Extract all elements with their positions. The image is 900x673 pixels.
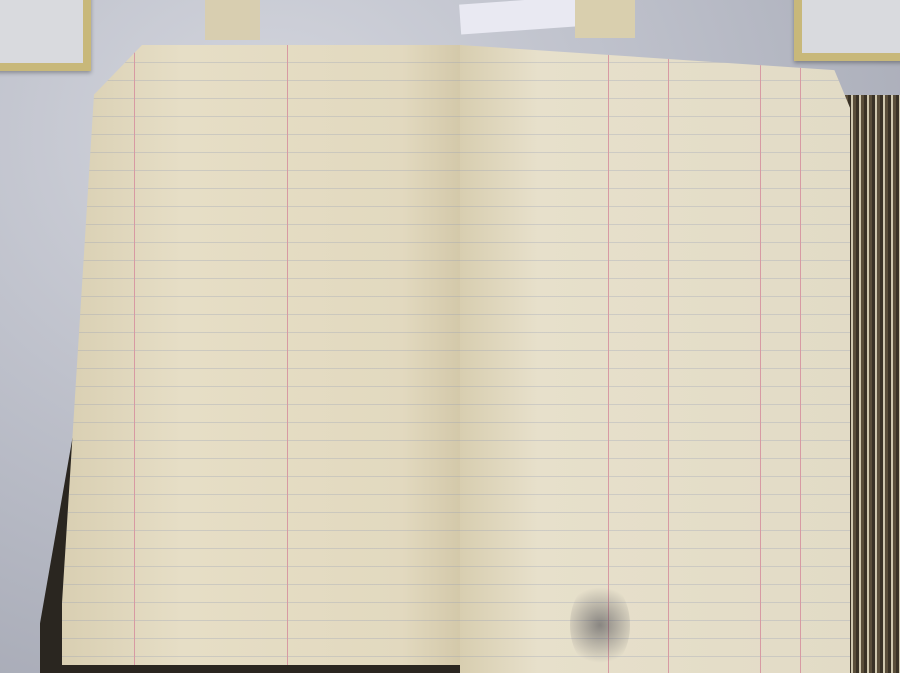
page-ruling	[460, 45, 850, 673]
margin-line	[134, 45, 135, 665]
ledger-right-page	[460, 45, 850, 673]
column-divider	[760, 45, 761, 673]
ink-stain	[570, 580, 630, 670]
page-ruling	[62, 45, 462, 665]
column-divider	[668, 45, 669, 673]
column-divider	[287, 45, 288, 665]
picture-frame-left	[0, 0, 91, 71]
paper-slip	[575, 0, 635, 38]
ledger-left-page	[62, 45, 462, 665]
picture-frame-right	[794, 0, 900, 61]
paper-slip	[205, 0, 260, 40]
column-divider	[608, 45, 609, 673]
column-divider	[800, 45, 801, 673]
